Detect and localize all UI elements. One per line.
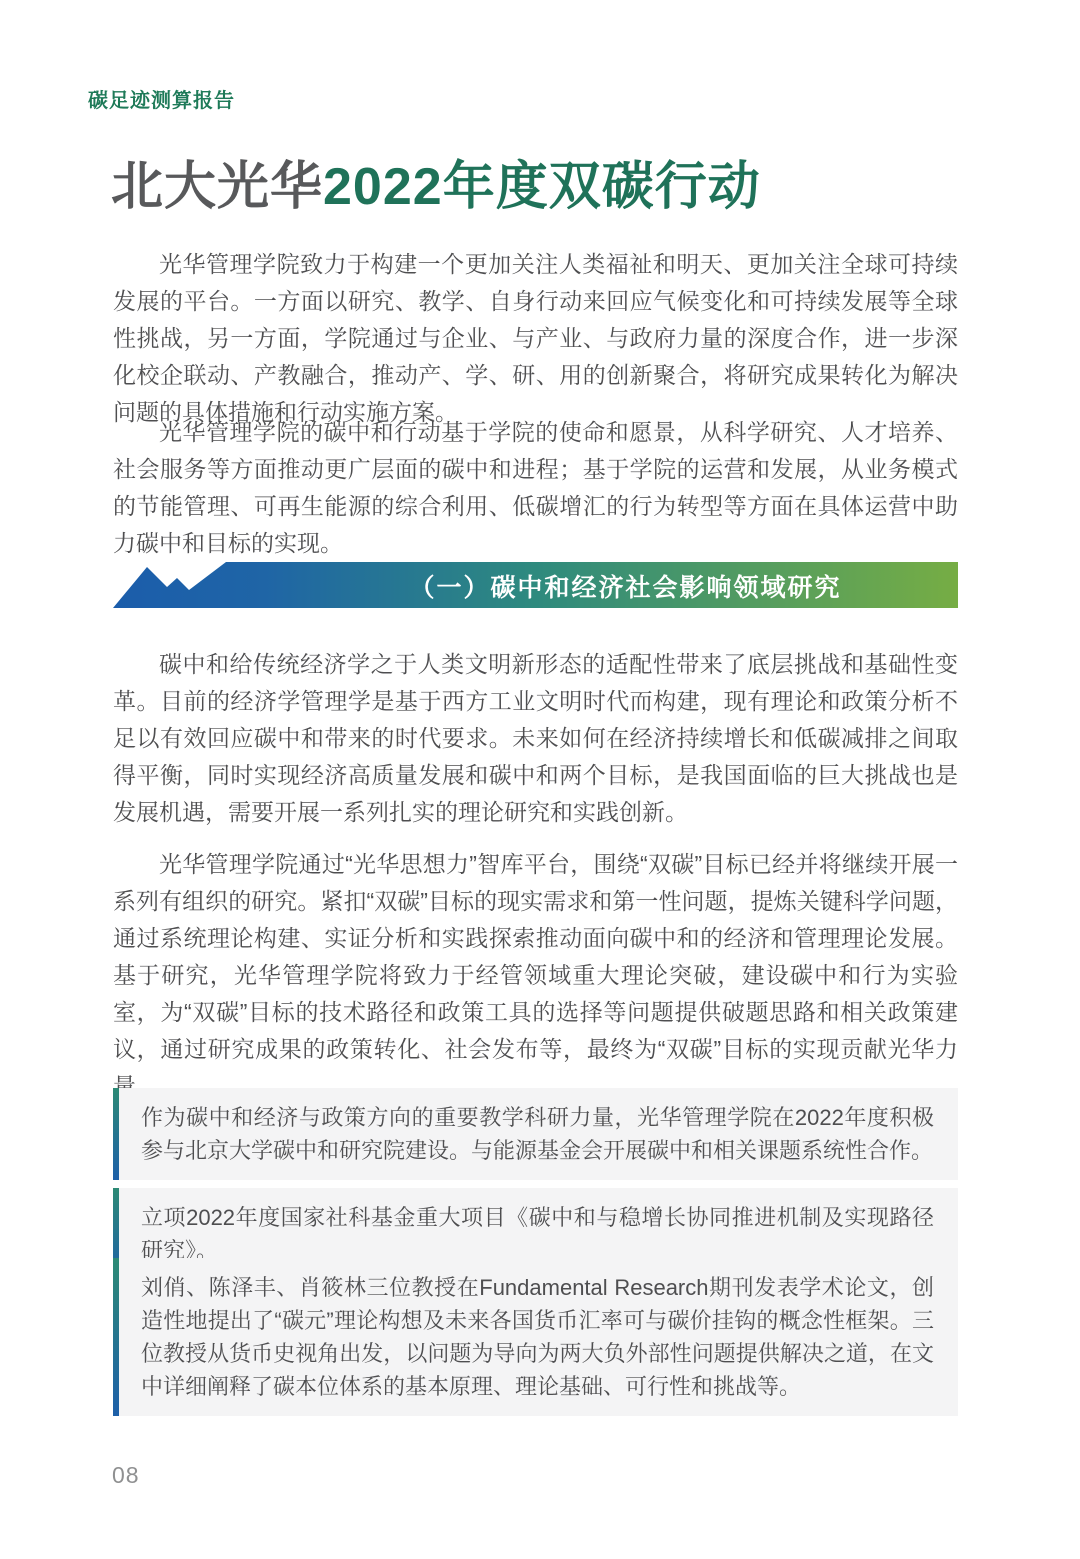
highlight-box-1: 作为碳中和经济与政策方向的重要教学科研力量，光华管理学院在2022年度积极参与北…	[113, 1088, 958, 1180]
highlight-box-3: 刘俏、陈泽丰、肖筱林三位教授在Fundamental Research期刊发表学…	[113, 1258, 958, 1416]
report-kicker: 碳足迹测算报告	[88, 84, 235, 113]
highlight-text-2: 立项2022年度国家社科基金重大项目《碳中和与稳增长协同推进机制及实现路径研究》…	[141, 1205, 934, 1263]
page-title-org: 北大光华	[111, 158, 323, 216]
report-page: 碳足迹测算报告 北大光华2022年度双碳行动 光华管理学院致力于构建一个更加关注…	[0, 0, 1080, 1559]
page-number: 08	[112, 1462, 140, 1489]
page-title-year-action: 2022年度双碳行动	[323, 158, 761, 216]
section-heading: （一）碳中和经济社会影响领域研究	[293, 562, 958, 610]
page-title: 北大光华2022年度双碳行动	[111, 144, 761, 219]
section-paragraph-2: 光华管理学院通过“光华思想力”智库平台，围绕“双碳”目标已经并将继续开展一系列有…	[113, 846, 958, 1105]
highlight-text-3: 刘俏、陈泽丰、肖筱林三位教授在Fundamental Research期刊发表学…	[141, 1275, 934, 1399]
intro-paragraph-1: 光华管理学院致力于构建一个更加关注人类福祉和明天、更加关注全球可持续发展的平台。…	[113, 246, 958, 431]
section-paragraph-1: 碳中和给传统经济学之于人类文明新形态的适配性带来了底层挑战和基础性变革。目前的经…	[113, 646, 958, 831]
intro-paragraph-2: 光华管理学院的碳中和行动基于学院的使命和愿景，从科学研究、人才培养、社会服务等方…	[113, 414, 958, 562]
section-banner: （一）碳中和经济社会影响领域研究	[113, 560, 958, 610]
highlight-text-1: 作为碳中和经济与政策方向的重要教学科研力量，光华管理学院在2022年度积极参与北…	[141, 1105, 934, 1163]
